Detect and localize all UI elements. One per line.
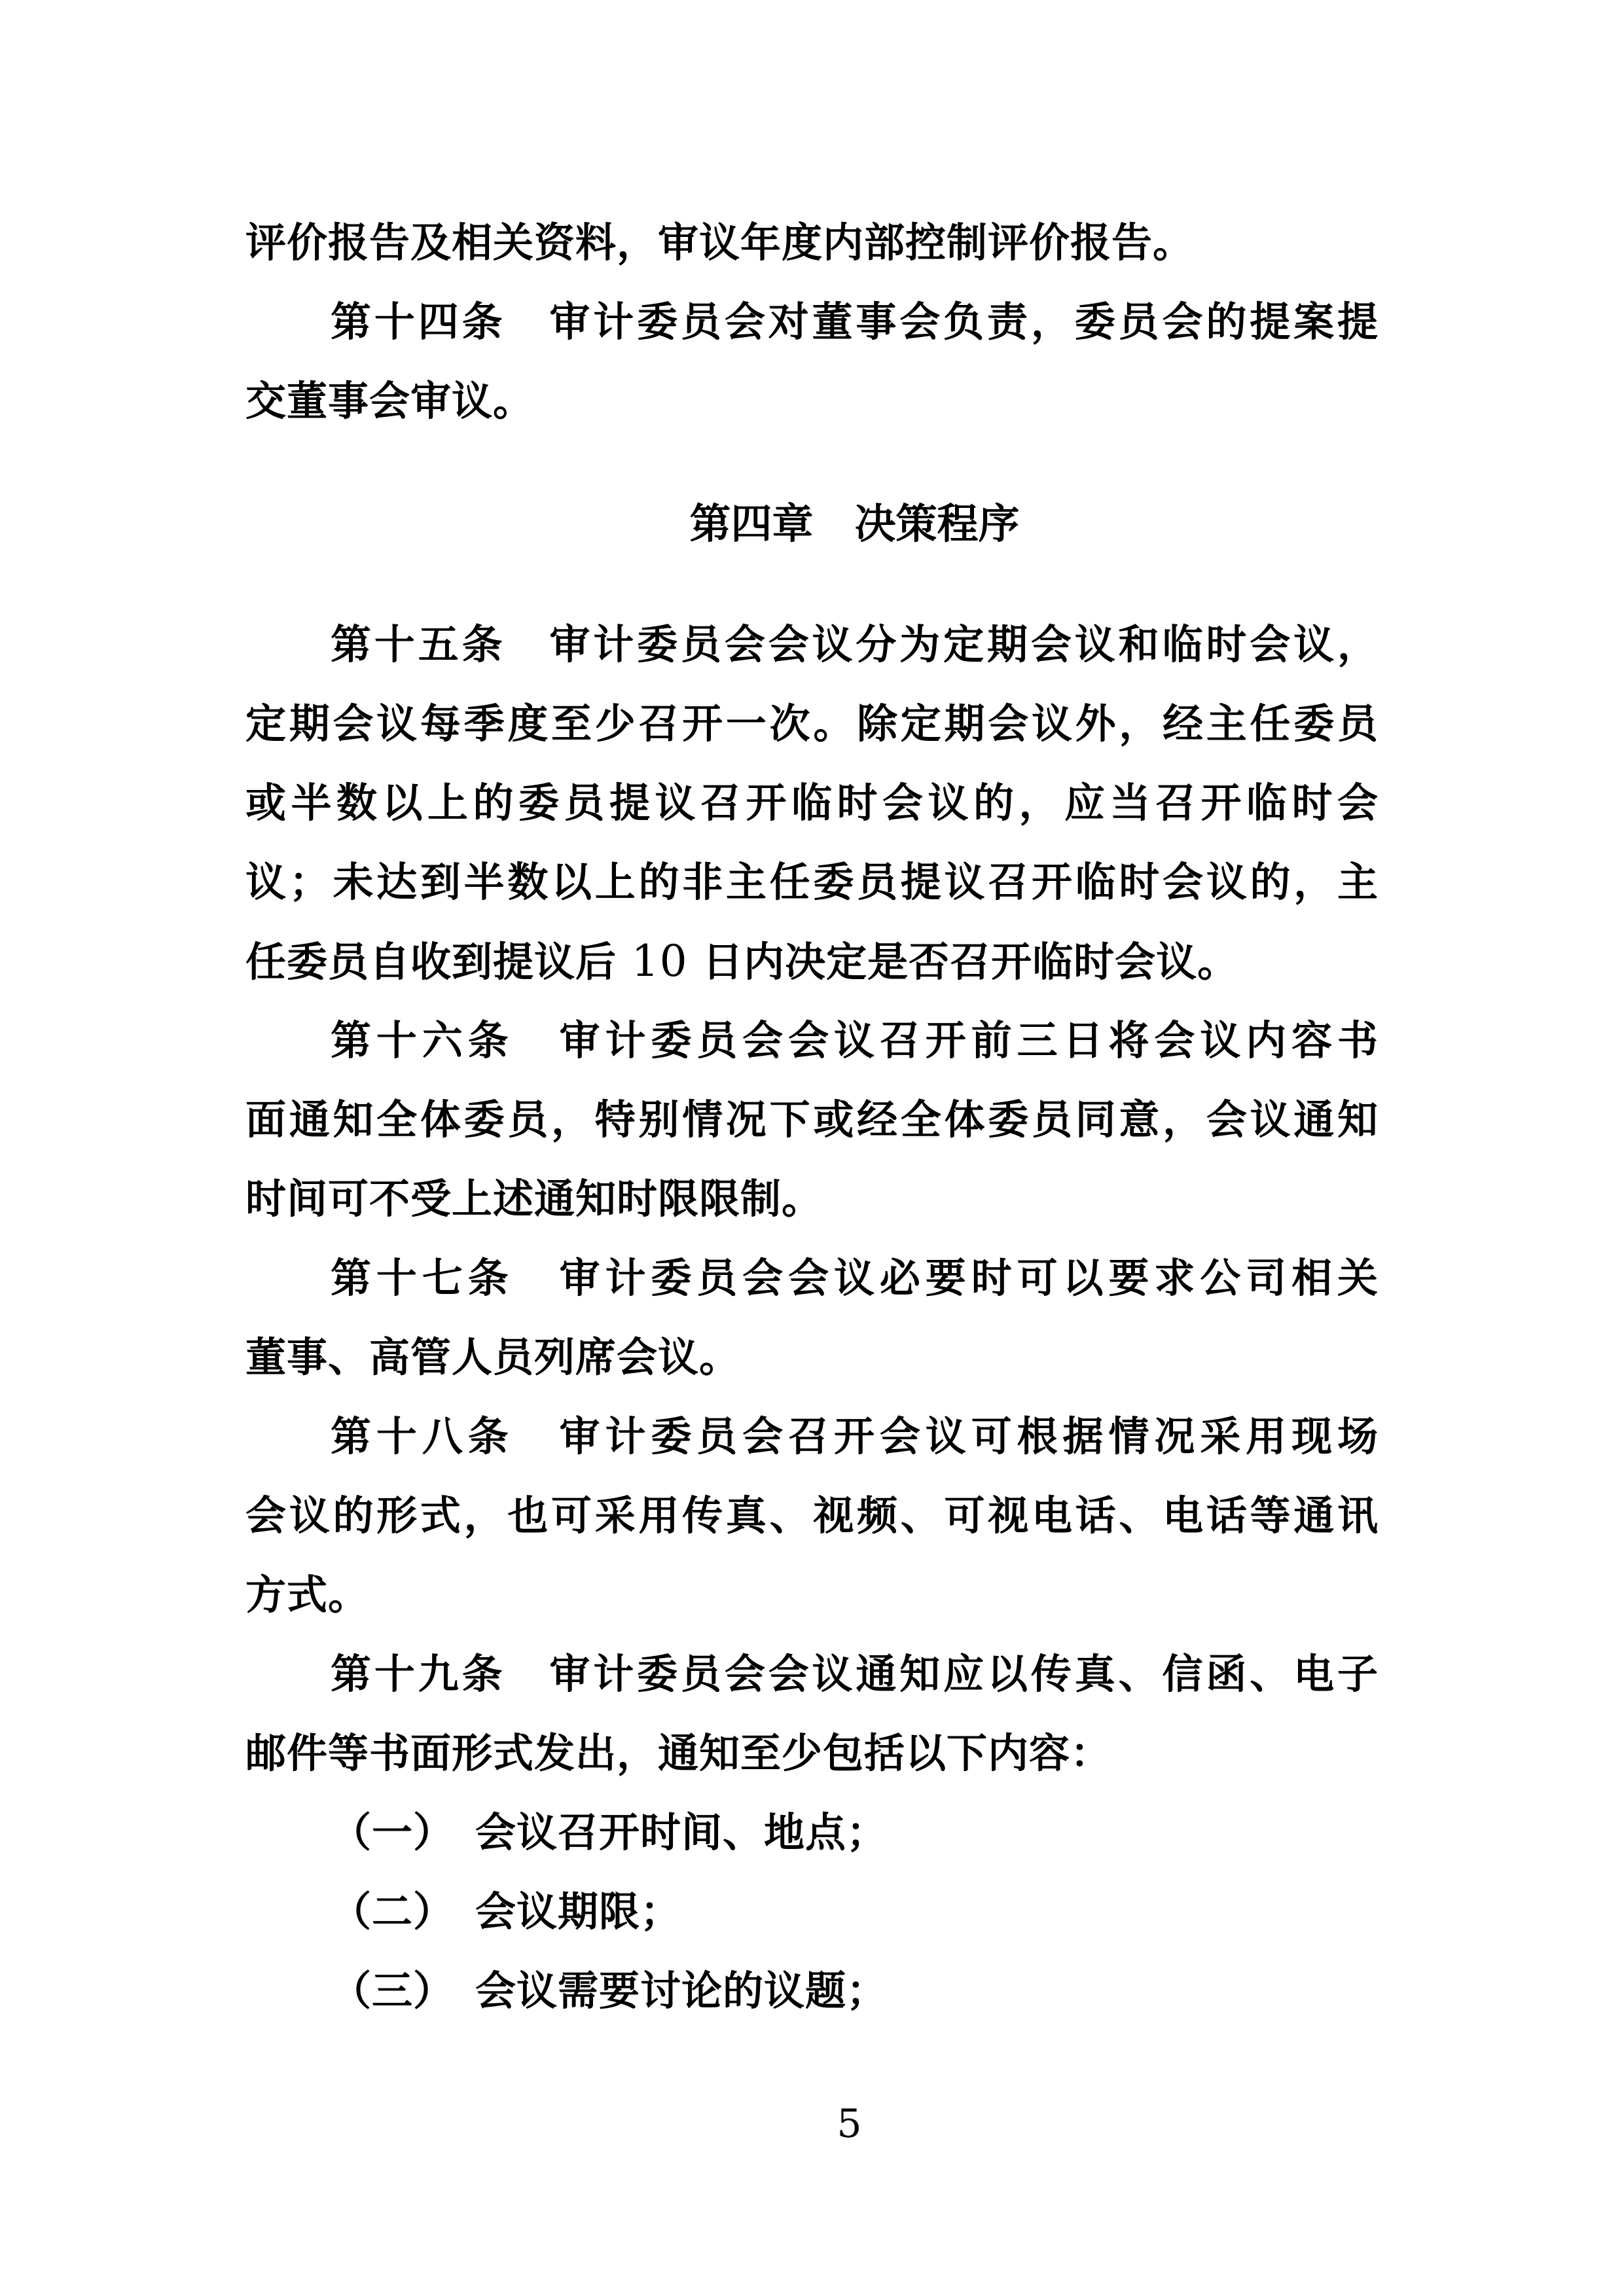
doc-line-20-list-item-2: （二） 会议期限； xyxy=(245,1872,1379,1951)
page-number: 5 xyxy=(37,2094,1624,2153)
body-text: 评价报告及相关资料，审议年度内部控制评价报告。 第十四条 审计委员会对董事会负责… xyxy=(0,0,1624,2030)
doc-line-07: 议；未达到半数以上的非主任委员提议召开临时会议的，主 xyxy=(245,842,1379,922)
doc-line-19-list-item-1: （一） 会议召开时间、地点； xyxy=(245,1793,1379,1872)
doc-line-09-article-16: 第十六条 审计委员会会议召开前三日将会议内容书 xyxy=(245,1001,1379,1080)
document-page: 评价报告及相关资料，审议年度内部控制评价报告。 第十四条 审计委员会对董事会负责… xyxy=(0,0,1624,2296)
doc-line-17-article-19: 第十九条 审计委员会会议通知应以传真、信函、电子 xyxy=(245,1634,1379,1713)
doc-line-10: 面通知全体委员，特别情况下或经全体委员同意，会议通知 xyxy=(245,1080,1379,1159)
doc-line-02-article-14: 第十四条 审计委员会对董事会负责，委员会的提案提 xyxy=(245,282,1379,361)
doc-line-08-post: 日内决定是否召开临时会议。 xyxy=(688,938,1239,986)
doc-line-01: 评价报告及相关资料，审议年度内部控制评价报告。 xyxy=(245,203,1379,282)
arabic-number-10: 10 xyxy=(632,936,688,986)
chapter-4-heading: 第四章 决策程序 xyxy=(288,484,1421,564)
doc-line-16: 方式。 xyxy=(245,1555,1379,1634)
doc-line-03: 交董事会审议。 xyxy=(245,361,1379,440)
doc-line-13: 董事、高管人员列席会议。 xyxy=(245,1318,1379,1397)
doc-line-18: 邮件等书面形式发出，通知至少包括以下内容： xyxy=(245,1713,1379,1793)
doc-line-04-article-15: 第十五条 审计委员会会议分为定期会议和临时会议， xyxy=(245,605,1379,684)
doc-line-08-pre: 任委员自收到提议后 xyxy=(245,938,632,986)
doc-line-05: 定期会议每季度至少召开一次。除定期会议外，经主任委员 xyxy=(245,684,1379,763)
doc-line-15: 会议的形式，也可采用传真、视频、可视电话、电话等通讯 xyxy=(245,1476,1379,1555)
doc-line-21-list-item-3: （三） 会议需要讨论的议题； xyxy=(245,1951,1379,2030)
doc-line-14-article-18: 第十八条 审计委员会召开会议可根据情况采用现场 xyxy=(245,1397,1379,1476)
doc-line-08: 任委员自收到提议后 10 日内决定是否召开临时会议。 xyxy=(245,922,1379,1001)
doc-line-06: 或半数以上的委员提议召开临时会议的，应当召开临时会 xyxy=(245,763,1379,842)
doc-line-11: 时间可不受上述通知时限限制。 xyxy=(245,1159,1379,1238)
doc-line-12-article-17: 第十七条 审计委员会会议必要时可以要求公司相关 xyxy=(245,1238,1379,1318)
